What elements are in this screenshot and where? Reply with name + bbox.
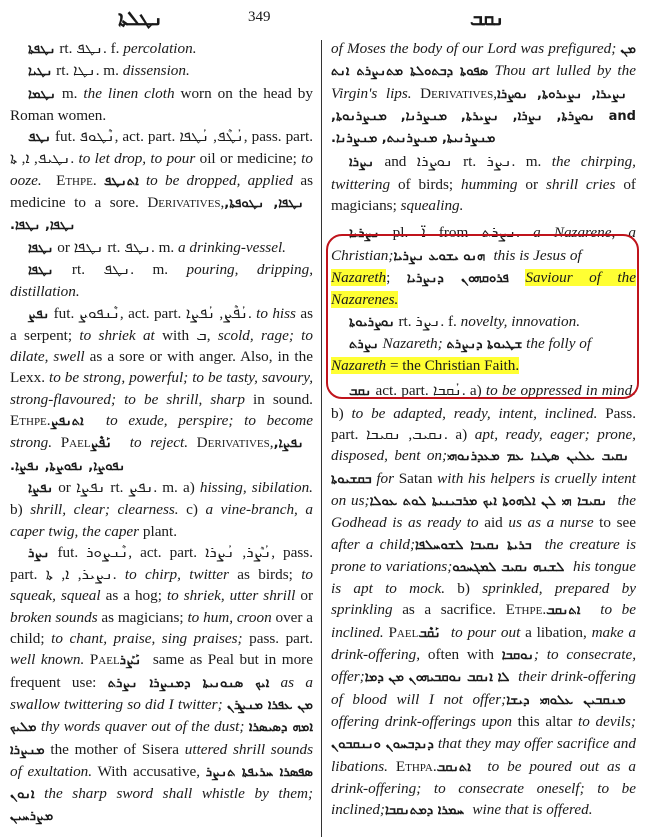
syriac-headword: ܢܦܨ (28, 307, 49, 322)
italic-gloss: offering drink-offerings upon (331, 713, 512, 730)
syriac-text: ܢܨܪܬ (349, 337, 379, 352)
syriac-headword: ܢܛܦܬܐ (28, 42, 56, 57)
syriac-text: ܢܩܒ (349, 384, 371, 399)
left-running-headword: ܢܛܠܬܐ (118, 6, 163, 30)
text-run: as birds; (229, 566, 301, 583)
text-run: as a sacrifice. (393, 601, 506, 618)
syriac-text: ܢܨܪܐ (349, 155, 374, 170)
text-run: = the Christian Faith. (386, 357, 519, 374)
italic-gloss: to reject. (121, 434, 188, 451)
text-run: plant. (139, 523, 177, 540)
italic-gloss: us as a nurse (508, 514, 593, 531)
text-run: m. (56, 85, 83, 102)
text-run: as a hog; (101, 587, 167, 604)
italic-gloss: to be adapted, ready, intent, inclined. (351, 405, 597, 422)
italic-gloss: to chant, praise, sing praises; (51, 630, 242, 647)
italic-gloss: to pour out (446, 624, 520, 641)
italic-gloss: the linen cloth (83, 85, 174, 102)
syriac-text: ܫܛܝܘܬܐ ܕܢܨܪܬ (446, 337, 522, 352)
text-run: or (295, 587, 313, 604)
text-run: Derivatives, (147, 194, 224, 211)
italic-gloss: to be dropped, applied (139, 172, 293, 189)
text-run: Ethpe. (56, 172, 97, 189)
italic-gloss: to hiss (256, 305, 296, 322)
italic-gloss: shrill cries (546, 176, 615, 193)
text-run: of birds; (390, 176, 461, 193)
text-run: a libation, (520, 624, 591, 641)
syriac-text: ܢܰܦܶܨ (91, 436, 122, 451)
text-run: Derivatives, (197, 434, 274, 451)
right-running-headword: ܢܩܒ (470, 6, 504, 30)
syriac-text: ܢܘܨܪܝܘܬܐ (349, 315, 395, 330)
syriac-text: ܐܬܢܩܒ (546, 603, 591, 618)
italic-gloss: to chirp, twitter (125, 566, 229, 583)
text-run: Ethpa. (388, 758, 437, 775)
italic-gloss: to shriek, utter shrill (167, 587, 295, 604)
text-run: pl. ܐ̈ from ܢܨܪܬ. (380, 224, 534, 241)
italic-gloss: Nazareth; (379, 335, 447, 352)
text-run: act. part. ܢܳܩܒܐ. a) (371, 382, 486, 399)
text-run: to see (594, 514, 636, 531)
text-run: rt. ܢܛܦ. f. (56, 40, 124, 57)
syriac-text: ܒܪܝܬܐ ܢܩܝܒܐ ܠܫܘܚܠܦܐ (415, 538, 538, 553)
page-header: ܢܛܠܬܐ 349 ܢܩܒ (0, 0, 650, 38)
syriac-headword: ܢܨܪ (28, 546, 49, 561)
text-run: Satan (394, 470, 437, 487)
text-run: in sound. (245, 391, 313, 408)
dictionary-entry: ܢܛܦܬܐ rt. ܢܛܦ. f. percolation. (10, 38, 313, 60)
text-run: ; (386, 269, 407, 286)
italic-gloss: after a child; (331, 536, 415, 553)
text-run: Ethpe. (506, 601, 547, 618)
text-run: c) (179, 501, 206, 518)
syriac-headword: ܢܦܨܐ (28, 481, 53, 496)
text-run: Pael (52, 434, 90, 451)
italic-gloss: to be oppressed in mind. (486, 382, 636, 399)
syriac-text: ܢܩܝܒܐ ܗܝ ܠܢ ܐܠܗܘܬܐ ܐܝܟ ܡܪܒܝܢܝܬܐ ܠܘܬ ܥܘܠܐ (370, 494, 613, 509)
left-column: ܢܛܦܬܐ rt. ܢܛܦ. f. percolation. ܢܛܝܐ rt. … (10, 38, 313, 828)
syriac-text: ܢܰܩܶܒ (418, 626, 446, 641)
italic-gloss: to let drop, to pour (79, 150, 196, 167)
italic-gloss: novelty, innovation. (461, 313, 580, 330)
italic-gloss: a drinking-vessel. (178, 239, 286, 256)
syriac-text: ܢܰܨܰܪ (120, 653, 148, 668)
italic-gloss: of Moses the body of our Lord was prefig… (331, 40, 620, 57)
text-run: or (518, 176, 546, 193)
syriac-text: ܐܬܢܛܦ (104, 174, 139, 189)
syriac-text: ܢܘܩܒܐ (502, 648, 534, 663)
text-run: the mother of Sisera (45, 741, 185, 758)
dictionary-entry: ܢܛܦܐ or ܢܛܦܐ rt. ܢܛܦ. m. a drinking-vess… (10, 237, 313, 259)
text-run: rt. ܢܨܪ. f. (395, 313, 461, 330)
dictionary-entry: ܢܨܪ fut. ܢܶܢܨܘܪ, act. part. ܢܳܨܶܪ, ܢܳܨܪܐ… (10, 542, 313, 828)
text-run: b) (445, 580, 482, 597)
syriac-headword: ܢܛܝܐ (28, 64, 52, 79)
syriac-text: ܠܫܢܗ ܢܩܝܒ ܠܡܓܚܟܘ (452, 560, 569, 575)
syriac-text: ܐܬܢܦܨ (51, 414, 96, 429)
text-run: b) (331, 405, 351, 422)
dictionary-entry: ܢܨܪܐ and ܢܘܨܪܐ rt. ܢܨܪ. m. the chirping,… (331, 151, 636, 216)
dictionary-entry-nazarene: ܢܨܪܝܐ pl. ܐ̈ from ܢܨܪܬ. a Nazarene, a Ch… (331, 222, 636, 310)
dictionary-entry-novelty: ܢܘܨܪܝܘܬܐ rt. ܢܨܪ. f. novelty, innovation… (331, 311, 636, 333)
dictionary-entry: ܢܛܡܐ m. the linen cloth worn on the head… (10, 83, 313, 127)
text-run: Pael (384, 624, 419, 641)
syriac-headword: ܢܛܦܐ (28, 263, 53, 278)
text-run: Derivatives, (412, 85, 497, 102)
italic-gloss: the sharp sword shall whistle by them; (35, 785, 313, 802)
text-run: as magicians; (98, 609, 188, 626)
text-run: oil or medicine; (195, 150, 301, 167)
highlighted-annotation-region: ܢܨܪܝܐ pl. ܐ̈ from ܢܨܪܬ. a Nazarene, a Ch… (331, 216, 636, 380)
dictionary-entry: ܢܛܦܐ rt. ܢܛܦ. m. pouring, dripping, dist… (10, 259, 313, 303)
syriac-text: ܦܪܘܩܗܘܢ ܕܢܨܪܝܐ (407, 271, 509, 286)
syriac-headword: ܢܛܦ (28, 130, 51, 145)
italic-gloss: to devils; (578, 713, 636, 730)
dictionary-entry: ܢܦܨܐ or ܢܦܨܐ rt. ܢܦܨ. m. a) hissing, sib… (10, 477, 313, 542)
text-run: aid (479, 514, 509, 531)
italic-gloss: to hum, croon (187, 609, 271, 626)
syriac-text: ܕܢܕܒܚܘܢ ܘܢܢܩܒܘܢ (331, 737, 434, 752)
dictionary-entry: ܢܛܝܐ rt. ܢܛܐ. m. dissension. (10, 60, 313, 82)
italic-gloss: for (376, 470, 394, 487)
syriac-text: ܐܬܢܩܒ (437, 760, 480, 775)
dictionary-entry-continued: of Moses the body of our Lord was prefig… (331, 38, 636, 149)
text-run: often with (420, 646, 502, 663)
syriac-text: ܡܨܪܚܝܢ (10, 809, 53, 824)
column-divider (321, 40, 322, 837)
italic-gloss: this is Jesus of (490, 247, 582, 264)
highlight-christian-faith: Nazareth = the Christian Faith. (331, 357, 519, 374)
italic-gloss: squealing. (401, 197, 464, 214)
italic-gloss: percolation. (123, 40, 196, 57)
text-run: With accusative, (92, 763, 206, 780)
syriac-headword: ܢܛܡܐ (28, 87, 56, 102)
text-run: or ܢܛܦܐ rt. ܢܛܦ. m. (53, 239, 178, 256)
italic-gloss: Nazareth (331, 357, 386, 374)
page-number: 349 (248, 9, 271, 26)
syriac-text: ܡܢܩܒܝܢ ܥܠܘܗܝ ܕܝܫܐ (506, 693, 636, 708)
text-run: Pael (84, 651, 119, 668)
italic-gloss: shrill, clear; clearness. (30, 501, 178, 518)
dictionary-entry: ܢܛܦ fut. ܢܶܛܘܦ, act. part. ܢܳܛܶܦ, ܢܳܛܦܐ,… (10, 126, 313, 236)
italic-gloss: thy words quaver out of the dust; (36, 718, 248, 735)
highlight-nazareth: Nazareth (331, 269, 386, 286)
right-column: of Moses the body of our Lord was prefig… (331, 38, 636, 821)
text-run: with ܒ, (155, 327, 218, 344)
syriac-text: ܐܝܟ ܣܢܘܢܝܬܐ ܕܡܢܨܪܐ ܢܨܪܬ (108, 676, 269, 691)
italic-gloss: well known. (10, 651, 84, 668)
text-run: or ܢܦܨܐ rt. ܢܦܨ. m. a) (53, 479, 200, 496)
italic-gloss: broken sounds (10, 609, 98, 626)
dictionary-entry: ܢܦܨ fut. ܢܶܢܦܘܨ, act. part. ܢܳܦܶܨ, ܢܳܦܨܐ… (10, 303, 313, 477)
italic-gloss: wine that is offered. (469, 801, 593, 818)
italic-gloss: humming (461, 176, 518, 193)
dictionary-entry-nazareth: ܢܨܪܬ Nazareth; ܫܛܝܘܬܐ ܕܢܨܪܬ the folly of… (331, 333, 636, 377)
text-run: this altar (512, 713, 578, 730)
italic-gloss: hissing, sibilation. (200, 479, 313, 496)
text-run: rt. ܢܛܐ. m. (52, 62, 122, 79)
syriac-headword: ܢܛܦܐ (28, 241, 53, 256)
text-run: pass. part. (243, 630, 313, 647)
italic-gloss: to shriek at (79, 327, 154, 344)
dictionary-entry: ܢܩܒ act. part. ܢܳܩܒܐ. a) to be oppressed… (331, 380, 636, 821)
syriac-text: ܚܡܪܐ ܕܡܬܢܩܒܐ (385, 803, 469, 818)
text-run: Ethpe. (10, 412, 51, 429)
text-run: rt. ܢܛܦ. m. (53, 261, 186, 278)
text-run: b) (10, 501, 30, 518)
syriac-text: ܠܐ ܐܢܩܒ ܢܘܩܒܝܗܘܢ ܡܢ ܕܡܐ (365, 670, 514, 685)
text-run: and ܢܘܨܪܐ rt. ܢܨܪ. m. (374, 153, 552, 170)
syriac-text: ܗܢܘ ܝܫܘܥ ܢܨܪܝܐ (393, 249, 489, 264)
syriac-text: ܢܨܪܝܐ (349, 226, 380, 241)
italic-gloss: dissension. (123, 62, 190, 79)
text-run: fut. ܢܶܢܦܘܨ, act. part. ܢܳܦܶܨ, ܢܳܦܨܐ. (49, 305, 256, 322)
italic-gloss: the folly of (522, 335, 591, 352)
